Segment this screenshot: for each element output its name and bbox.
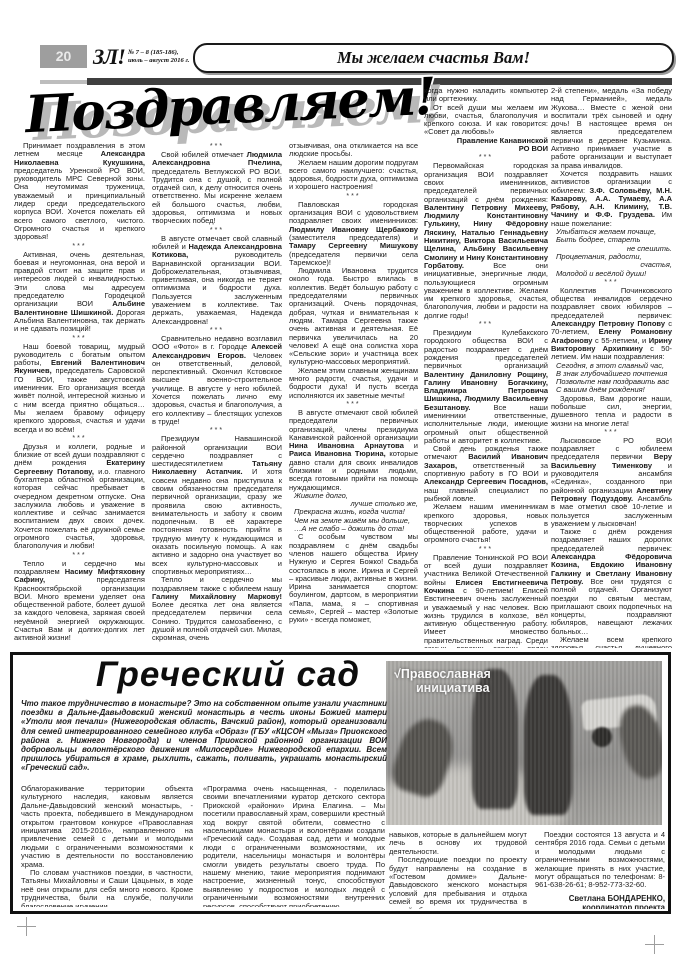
text-run: Людмила Ивановна трудится около года. Бы… bbox=[289, 266, 418, 366]
paragraph: Тепло и сердечно мы поздравляем также с … bbox=[152, 576, 282, 642]
paragraph: Облагораживание территории объекта культ… bbox=[21, 785, 193, 869]
photo-ground bbox=[386, 765, 566, 825]
text-run: с 90-летием! Елисей Евстигнеевич очень з… bbox=[424, 586, 548, 648]
text-run: Здоровья, Вам дорогие наши, побольше сил… bbox=[551, 394, 672, 428]
paragraph: 2-й степени», медаль «За победу над Герм… bbox=[551, 87, 672, 170]
paragraph: Президиум Навашинской районной организац… bbox=[152, 435, 282, 576]
photo-person-standing-1 bbox=[472, 669, 518, 809]
motto-text: Мы желаем счастья Вам! bbox=[337, 48, 530, 68]
text-run: руководитель Варнавинской организации ВО… bbox=[152, 250, 282, 325]
paragraph: Последующие поездки по проекту будут нап… bbox=[389, 856, 527, 909]
text-run: Желаем нашим именинникам крепкого здоров… bbox=[424, 502, 548, 544]
text-run: навыков, которые в дальнейшем могут лечь… bbox=[389, 831, 527, 856]
issue-number: № 7 – 8 (185-186), bbox=[128, 49, 189, 57]
paragraph: Наш боевой товарищ, мудрый руководитель … bbox=[14, 343, 145, 434]
paragraph: В августе отмечает свой славный юбилей и… bbox=[152, 235, 282, 326]
article-title: Греческий сад bbox=[33, 655, 423, 695]
text-run: Человек он ответственный, деловой, персп… bbox=[152, 351, 282, 426]
text-run: От всей души мы желаем им любви, счастья… bbox=[424, 103, 548, 137]
signature-line: РО ВОИ bbox=[424, 145, 548, 153]
crop-mark-left bbox=[17, 917, 36, 936]
text-run: Желаем этим славным женщинам много радос… bbox=[289, 366, 418, 400]
paragraph: С особым чувством мы поздравляем с днём … bbox=[289, 533, 418, 624]
paragraph: Людмила Ивановна трудится около года. Бы… bbox=[289, 267, 418, 367]
paragraph: Поездки состоятся 13 августа и 4 сентябр… bbox=[535, 831, 665, 890]
text-run: 2-й степени», медаль «За победу над Герм… bbox=[551, 87, 672, 170]
text-run: Тепло и сердечно мы поздравляем также с … bbox=[152, 575, 282, 592]
paragraph: Принимает поздравления в этом летнем мес… bbox=[14, 142, 145, 242]
text-run: С особым чувством мы поздравляем с днём … bbox=[289, 532, 418, 624]
paragraph: От всей души мы желаем им любви, счастья… bbox=[424, 104, 548, 137]
text-run: Желаем всем крепкого здоровья, счастья, … bbox=[551, 635, 672, 648]
paragraph: Президиум Кулебакского городского общест… bbox=[424, 329, 548, 445]
crop-mark-right bbox=[645, 935, 664, 954]
text-run: Более десятка лет она является председат… bbox=[152, 600, 282, 642]
text-run: Также с днём рождения поздравляет наших … bbox=[551, 527, 672, 553]
text-run: Валентину Петровну Михееву, Людмилу Конс… bbox=[424, 203, 548, 270]
newspaper-logo: ЗЛ! bbox=[93, 44, 125, 70]
paragraph: Желаем этим славным женщинам много радос… bbox=[289, 367, 418, 400]
page-number: 20 bbox=[40, 45, 87, 68]
signature-role: координатор проекта bbox=[535, 903, 665, 909]
paragraph: отзывчивая, она откликается на все людск… bbox=[289, 142, 418, 159]
photo-label-line1: √Православная bbox=[394, 667, 491, 681]
text-run: Коллектив Починковского общества инвалид… bbox=[551, 286, 672, 320]
verse: Улыбаться желаем почаще,Быть бодрее, ста… bbox=[551, 228, 672, 278]
photo-label: √Православная инициатива bbox=[394, 667, 491, 695]
news-column-4: когда нужно наладить компьютер или оргте… bbox=[424, 87, 548, 648]
text-run: Желаем нашим дорогим подругам всего само… bbox=[289, 158, 418, 192]
signature-name: Светлана БОНДАРЕНКО, bbox=[535, 894, 665, 903]
text-run: По словам участников поездки, в частност… bbox=[21, 868, 193, 907]
text-run: наш главный специалист по рыбной ловле. bbox=[424, 486, 548, 503]
paragraph: По словам участников поездки, в частност… bbox=[21, 869, 193, 907]
paragraph: Желаем нашим именинникам крепкого здоров… bbox=[424, 503, 548, 544]
paragraph: Первомайская городская организация ВОИ п… bbox=[424, 162, 548, 320]
article-box: Греческий сад √Православная инициатива Ч… bbox=[10, 652, 671, 914]
paragraph: Друзья и коллеги, родные и близкие от вс… bbox=[14, 443, 145, 551]
issue-info: № 7 – 8 (185-186), июль – август 2016 г. bbox=[128, 49, 189, 65]
text-run: Поездки состоятся 13 августа и 4 сентябр… bbox=[535, 831, 665, 889]
paragraph: Сравнительно недавно возглавил ООО «Фото… bbox=[152, 335, 282, 426]
paragraph: навыков, которые в дальнейшем могут лечь… bbox=[389, 831, 527, 856]
text-run: (председателя первички села Таремское)! bbox=[289, 250, 418, 267]
paragraph: Правление Тонкинской РО ВОИ от всей души… bbox=[424, 554, 548, 648]
text-run: когда нужно наладить компьютер или оргте… bbox=[424, 87, 548, 103]
paragraph: Коллектив Починковского общества инвалид… bbox=[551, 287, 672, 362]
text-run: председатель Саровской ГО ВОИ, также авг… bbox=[14, 366, 145, 433]
paragraph: Свой юбилей отмечает Людмила Александров… bbox=[152, 151, 282, 226]
article-column-c: навыков, которые в дальнейшем могут лечь… bbox=[389, 831, 527, 909]
text-run: Павловская городская организация ВОИ с у… bbox=[289, 200, 418, 226]
verse: Живите долго,лучше столько же,Прекрасна … bbox=[289, 492, 418, 533]
text-run: Первомайская городская организация ВОИ п… bbox=[424, 161, 548, 203]
news-column-2: ***Свой юбилей отмечает Людмила Александ… bbox=[152, 142, 282, 648]
text-run: председателя Краснооктябрьской организац… bbox=[14, 575, 145, 642]
paragraph: Также с днём рождения поздравляет наших … bbox=[551, 528, 672, 636]
news-column-3: отзывчивая, она откликается на все людск… bbox=[289, 142, 418, 648]
verse: Сегодня, в этот славный час,В знак глубо… bbox=[551, 362, 672, 395]
article-photo: √Православная инициатива bbox=[386, 661, 662, 825]
paragraph: Павловская городская организация ВОИ с у… bbox=[289, 201, 418, 267]
paragraph: Здоровья, Вам дорогие наши, побольше сил… bbox=[551, 395, 672, 428]
paragraph: Желаем нашим дорогим подругам всего само… bbox=[289, 159, 418, 192]
photo-wheelbarrow-wheel bbox=[592, 727, 612, 747]
photo-wheelbarrow bbox=[581, 693, 658, 731]
article-column-a: Облагораживание территории объекта культ… bbox=[21, 785, 193, 907]
text-run: Облагораживание территории объекта культ… bbox=[21, 785, 193, 869]
text-run: и.о. главного бухгалтера областной орган… bbox=[14, 467, 145, 551]
text-run: Все они инициативные, энергичные люди, п… bbox=[424, 261, 548, 320]
issue-date: июль – август 2016 г. bbox=[128, 57, 189, 65]
photo-person-kneeling bbox=[388, 713, 461, 801]
text-run: В августе отмечают свой юбилей председат… bbox=[289, 408, 418, 442]
text-run: И хотя совсем недавно она приступила к с… bbox=[152, 467, 282, 576]
article-lede: Что такое трудничество в монастыре? Это … bbox=[21, 699, 387, 773]
article-signature: Светлана БОНДАРЕНКО,координатор проекта bbox=[535, 894, 665, 909]
paragraph: Тепло и сердечно мы поздравляем Насиму М… bbox=[14, 560, 145, 643]
text-run: председатель Ветлужской РО ВОИ. Трудится… bbox=[152, 167, 282, 226]
paragraph: Свой день рожденья также отмечают Васили… bbox=[424, 445, 548, 503]
paragraph: Хочется поздравить наших активистов орга… bbox=[551, 170, 672, 228]
text-run: Все они трудятся с полной отдачей. Орган… bbox=[551, 577, 672, 636]
headline-congratulations: Поздравляем! bbox=[11, 66, 449, 146]
paragraph: когда нужно наладить компьютер или оргте… bbox=[424, 87, 548, 104]
text-run: отзывчивая, она откликается на все людск… bbox=[289, 142, 418, 158]
text-run: «Программа очень насыщенная, - поделилас… bbox=[203, 785, 385, 907]
paragraph: Активная, очень деятельная, боевая и неу… bbox=[14, 251, 145, 334]
article-column-b: «Программа очень насыщенная, - поделилас… bbox=[203, 785, 385, 907]
text-run: Президиум Кулебакского городского общест… bbox=[424, 328, 548, 370]
photo-label-line2: инициатива bbox=[394, 681, 491, 695]
paragraph: «Программа очень насыщенная, - поделилас… bbox=[203, 785, 385, 907]
text-run: председатель Уренской РО ВОИ, руководите… bbox=[14, 166, 145, 241]
paragraph: В августе отмечают свой юбилей председат… bbox=[289, 409, 418, 492]
text-run: Последующие поездки по проекту будут нап… bbox=[389, 855, 527, 909]
article-column-d: Поездки состоятся 13 августа и 4 сентябр… bbox=[535, 831, 665, 909]
paragraph: Желаем всем крепкого здоровья, счастья, … bbox=[551, 636, 672, 648]
photo-person-right bbox=[614, 701, 662, 782]
verse-line: Молодой и весёлой души! bbox=[556, 270, 672, 278]
news-column-1: Принимает поздравления в этом летнем мес… bbox=[14, 142, 145, 648]
photo-person-standing-2 bbox=[524, 675, 572, 815]
sig: Правление КанавинскойРО ВОИ bbox=[424, 137, 548, 154]
news-column-5: 2-й степени», медаль «За победу над Герм… bbox=[551, 87, 672, 648]
paragraph: Лысковское РО ВОИ поздравляет с юбилеем … bbox=[551, 437, 672, 528]
